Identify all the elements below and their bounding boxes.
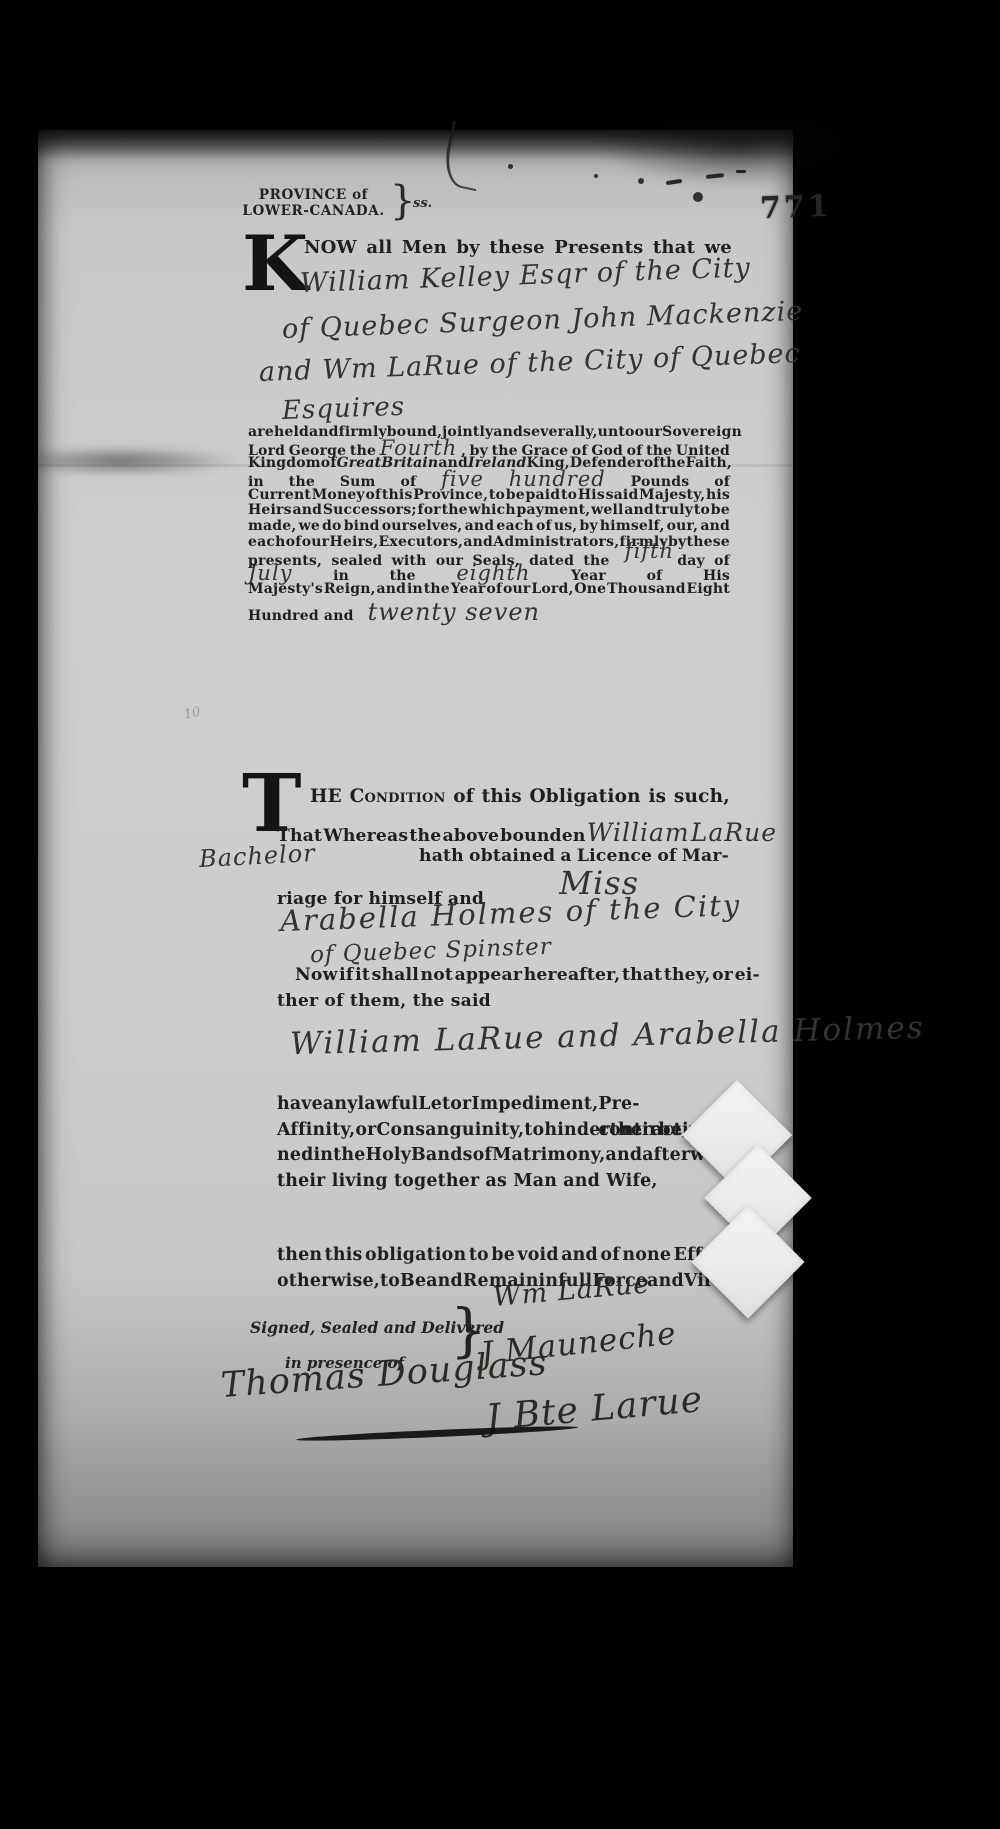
handwritten-couple-names: William LaRue and Arabella Holmes [290, 1010, 925, 1063]
handwritten-year: twenty seven [368, 598, 540, 626]
condition-line-9: haveanylawfulLetorImpediment,Pre-contrac… [277, 1092, 724, 1118]
dropcap-K: K [242, 234, 308, 293]
condition-line-6: Nowifitshallnotappearhereafter,thatthey,… [295, 965, 760, 985]
handwritten-principals-line-2: of Quebec Surgeon John Mackenzie [281, 296, 803, 345]
ink-squiggle [440, 121, 489, 191]
condition-line-12: their living together as Man and Wife, [277, 1169, 724, 1195]
handwritten-bride-status: of Quebec Spinster [310, 934, 553, 968]
condition-heading: HEConditionofthisObligationissuch, [310, 786, 730, 807]
handwritten-groom-status: Bachelor [198, 839, 316, 873]
signature-witness-2: J Mauneche [479, 1316, 678, 1372]
condition-line-10: Affinity,orConsanguinity,tohindertheirbe… [277, 1118, 724, 1144]
condition-line-7: ther of them, the said [277, 991, 491, 1011]
bond-line-4: intheSumoffivehundredPoundsof [248, 472, 730, 488]
paper-crease [38, 446, 243, 476]
ink-mark [638, 178, 644, 184]
province-heading: PROVINCE of LOWER-CANADA. [236, 188, 391, 219]
bond-line-12: Hundred andtwenty seven [248, 598, 730, 614]
ink-smudge [594, 116, 858, 188]
wafer-seal-3 [691, 1205, 804, 1318]
province-line-1: PROVINCE of [236, 188, 391, 204]
header-brace: } [390, 178, 415, 224]
handwritten-principals-line-1: William Kelley Esqr of the City [299, 252, 751, 299]
condition-line-13: thenthisobligationtobevoidandofnoneEffec… [277, 1243, 739, 1269]
ink-mark [736, 170, 746, 173]
bond-line-5: CurrentMoneyofthisProvince,tobepaidtoHis… [248, 488, 730, 504]
ink-mark [693, 192, 703, 202]
ink-mark [508, 164, 513, 169]
bond-line-1: areheldandfirmlybound,jointlyandseverall… [248, 425, 730, 441]
paper-sheet: 10 PROVINCE of LOWER-CANADA. } ss. 771 K… [38, 130, 793, 1567]
condition-line-1: ThatWhereastheaboveboundenWilliamLaRue [277, 818, 777, 847]
condition-line-2: Bachelor hathobtainedaLicenceofMar- [277, 846, 729, 866]
margin-pencil-note: 10 [183, 704, 202, 722]
bond-line-11: Majesty'sReign,andintheYearofourLord,One… [248, 582, 730, 598]
scanned-document-page: 10 PROVINCE of LOWER-CANADA. } ss. 771 K… [0, 0, 1000, 1829]
impediment-paragraph: haveanylawfulLetorImpediment,Pre-contrac… [277, 1092, 724, 1194]
bond-line-6: HeirsandSuccessors;forthewhichpayment,we… [248, 503, 730, 519]
handwritten-principals-line-3: and Wm LaRue of the City of Quebec [258, 338, 801, 388]
bond-line-3: KingdomofGreatBritainandIrelandKing,Defe… [248, 456, 730, 472]
bond-line-2: LordGeorgetheFourth,bytheGraceofGodofthe… [248, 441, 730, 457]
bond-line-7: made,wedobindourselves,andeachofus,byhim… [248, 519, 730, 535]
handwritten-principals-line-4: Esquires [281, 392, 405, 426]
province-line-2: LOWER-CANADA. [236, 204, 391, 220]
ink-mark [594, 174, 598, 178]
ss-abbreviation: ss. [413, 196, 432, 211]
condition-line-11: nedintheHolyBandsofMatrimony,andafterwar… [277, 1143, 724, 1169]
stamp-number: 771 [759, 189, 832, 226]
bond-paragraph: areheldandfirmlybound,jointlyandseverall… [248, 425, 730, 613]
